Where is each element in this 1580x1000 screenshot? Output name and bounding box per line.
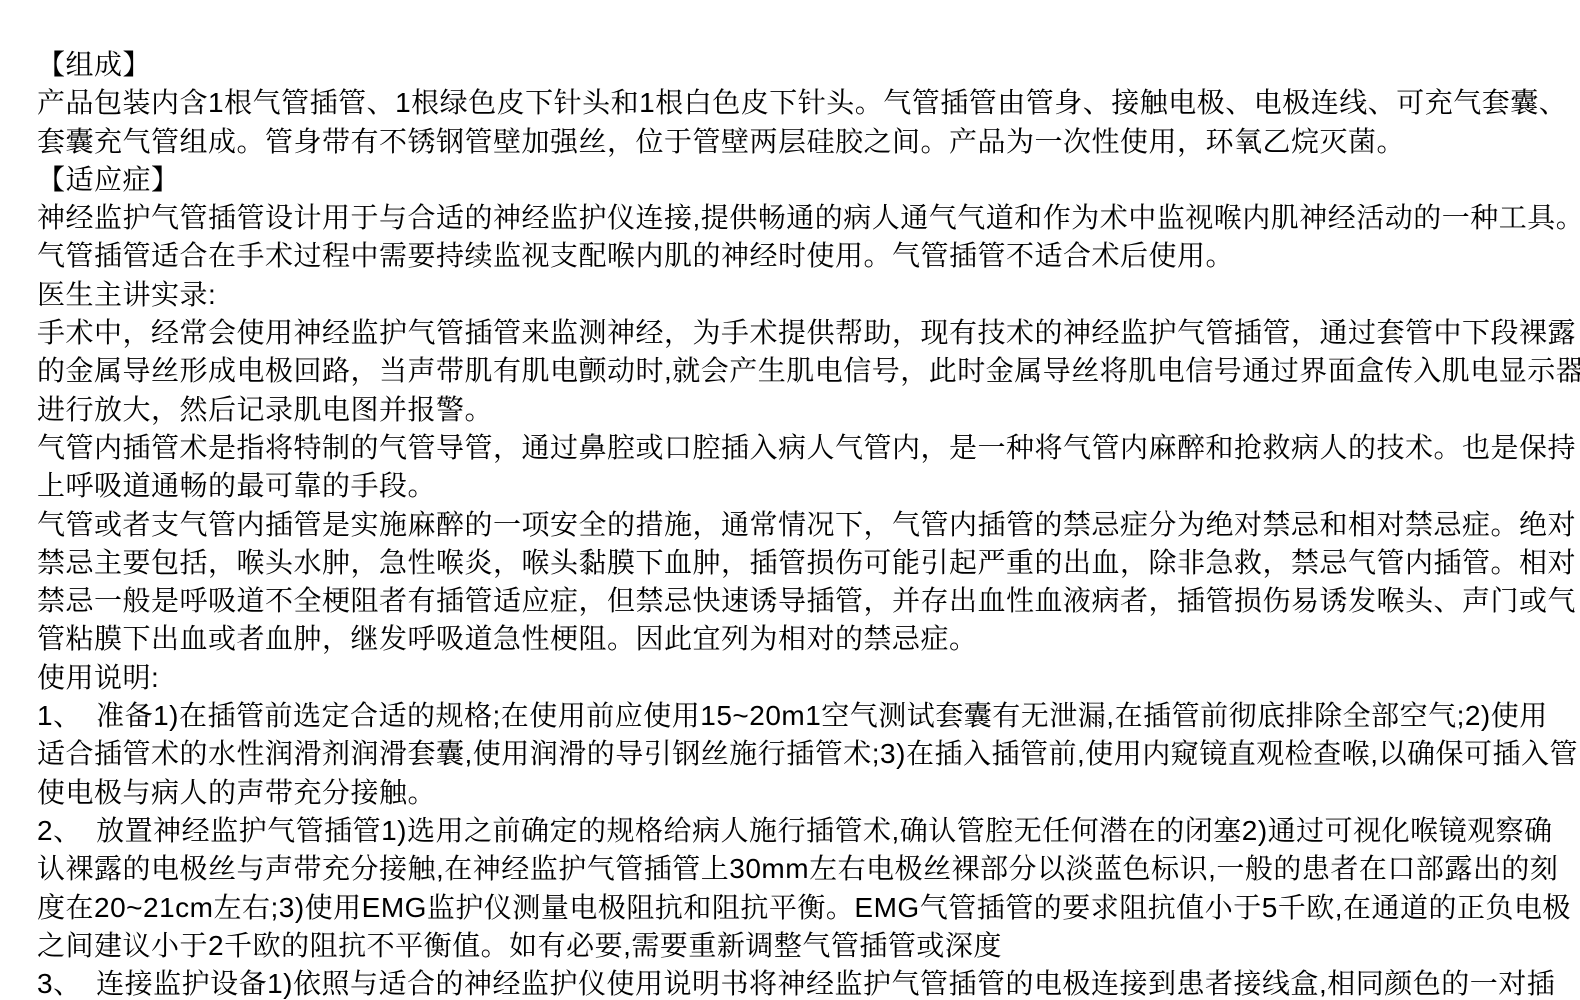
text-line: 禁忌主要包括，喉头水肿，急性喉炎，喉头黏膜下血肿，插管损伤可能引起严重的出血，除… xyxy=(37,544,1550,582)
text-line: 禁忌一般是呼吸道不全梗阻者有插管适应症，但禁忌快速诱导插管，并存出血性血液病者，… xyxy=(37,582,1550,620)
text-line: 气管或者支气管内插管是实施麻醉的一项安全的措施，通常情况下，气管内插管的禁忌症分… xyxy=(37,506,1550,544)
text-line: 套囊充气管组成。管身带有不锈钢管壁加强丝，位于管壁两层硅胶之间。产品为一次性使用… xyxy=(37,123,1550,161)
subheading-doctor-notes: 医生主讲实录: xyxy=(37,276,1550,314)
text-line: 适合插管术的水性润滑剂润滑套囊,使用润滑的导引钢丝施行插管术;3)在插入插管前,… xyxy=(37,735,1550,773)
text-line: 气管插管适合在手术过程中需要持续监视支配喉内肌的神经时使用。气管插管不适合术后使… xyxy=(37,237,1550,275)
section-heading-composition: 【组成】 xyxy=(37,46,1550,84)
text-line: 使电极与病人的声带充分接触。 xyxy=(37,774,1550,812)
text-line: 度在20~21cm左右;3)使用EMG监护仪测量电极阻抗和阻抗平衡。EMG气管插… xyxy=(37,889,1550,927)
step-line: 3、 连接监护设备1)依照与适合的神经监护仪使用说明书将神经监护气管插管的电极连… xyxy=(37,965,1550,1000)
section-heading-indications: 【适应症】 xyxy=(37,161,1550,199)
text-line: 认裸露的电极丝与声带充分接触,在神经监护气管插管上30mm左右电极丝裸部分以淡蓝… xyxy=(37,850,1550,888)
text-line: 的金属导丝形成电极回路，当声带肌有肌电颤动时,就会产生肌电信号，此时金属导丝将肌… xyxy=(37,352,1550,390)
text-line: 之间建议小于2千欧的阻抗不平衡值。如有必要,需要重新调整气管插管或深度 xyxy=(37,927,1550,965)
text-line: 神经监护气管插管设计用于与合适的神经监护仪连接,提供畅通的病人通气气道和作为术中… xyxy=(37,199,1550,237)
text-line: 管粘膜下出血或者血肿，继发呼吸道急性梗阻。因此宜列为相对的禁忌症。 xyxy=(37,620,1550,658)
document-page: 【组成】产品包装内含1根气管插管、1根绿色皮下针头和1根白色皮下针头。气管插管由… xyxy=(0,0,1580,1000)
text-line: 产品包装内含1根气管插管、1根绿色皮下针头和1根白色皮下针头。气管插管由管身、接… xyxy=(37,84,1550,122)
text-line: 手术中，经常会使用神经监护气管插管来监测神经，为手术提供帮助，现有技术的神经监护… xyxy=(37,314,1550,352)
subheading-instructions: 使用说明: xyxy=(37,659,1550,697)
text-line: 进行放大，然后记录肌电图并报警。 xyxy=(37,391,1550,429)
text-line: 气管内插管术是指将特制的气管导管，通过鼻腔或口腔插入病人气管内，是一种将气管内麻… xyxy=(37,429,1550,467)
text-line: 上呼吸道通畅的最可靠的手段。 xyxy=(37,467,1550,505)
document-text-block: 【组成】产品包装内含1根气管插管、1根绿色皮下针头和1根白色皮下针头。气管插管由… xyxy=(37,46,1550,1000)
step-line: 1、 准备1)在插管前选定合适的规格;在使用前应使用15~20m1空气测试套囊有… xyxy=(37,697,1550,735)
step-line: 2、 放置神经监护气管插管1)选用之前确定的规格给病人施行插管术,确认管腔无任何… xyxy=(37,812,1550,850)
